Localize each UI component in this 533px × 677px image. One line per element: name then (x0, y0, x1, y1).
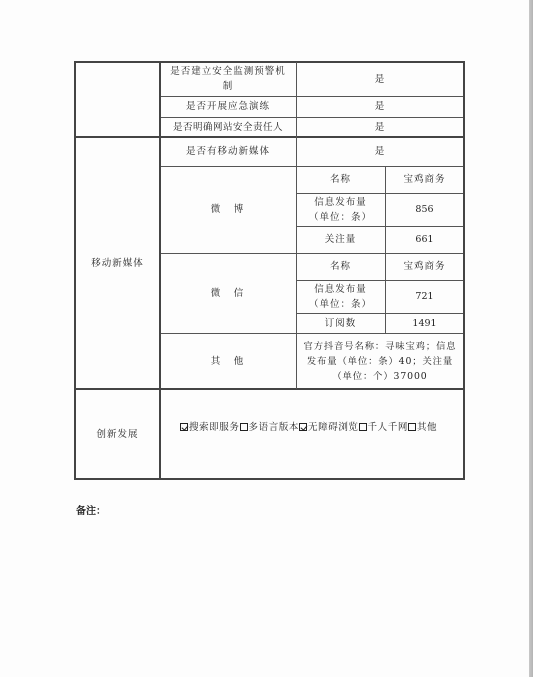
divider (296, 313, 464, 314)
checkbox-other[interactable] (408, 423, 416, 431)
checkbox-accessibility[interactable] (299, 423, 307, 431)
divider (160, 96, 464, 97)
divider (160, 166, 464, 167)
emergency-drill-label: 是否开展应急演练 (160, 96, 296, 117)
innovation-section-label: 创新发展 (75, 389, 160, 479)
option-other-label: 其他 (417, 420, 437, 435)
security-monitoring-value: 是 (296, 62, 464, 96)
option-multilingual-label: 多语言版本 (249, 420, 300, 435)
divider (296, 280, 464, 281)
security-monitoring-label: 是否建立安全监测预警机制 (160, 62, 296, 96)
table-border-bottom (75, 478, 465, 480)
wechat-subscribers-value: 1491 (385, 313, 464, 333)
weibo-name-value: 宝鸡商务 (385, 166, 464, 193)
checkbox-personalized[interactable] (359, 423, 367, 431)
column-divider (296, 62, 297, 389)
column-divider (385, 166, 386, 333)
wechat-name-value: 宝鸡商务 (385, 253, 464, 280)
weibo-followers-value: 661 (385, 226, 464, 253)
weibo-posts-value: 856 (385, 193, 464, 226)
divider (296, 193, 464, 194)
has-mobile-media-value: 是 (296, 137, 464, 166)
other-media-label: 其 他 (160, 333, 296, 389)
remarks-label: 备注： (76, 502, 106, 517)
wechat-label: 微 信 (160, 253, 296, 333)
divider (296, 226, 464, 227)
mobile-media-section-label: 移动新媒体 (75, 137, 160, 389)
innovation-options: 搜索即服务 多语言版本 无障碍浏览 千人千网 其他 (160, 389, 464, 479)
checkbox-search-service[interactable] (180, 423, 188, 431)
column-divider (159, 61, 161, 480)
wechat-posts-value: 721 (385, 280, 464, 313)
divider (75, 388, 465, 390)
wechat-posts-label: 信息发布量（单位：条） (296, 280, 385, 313)
divider (160, 333, 464, 334)
divider (160, 117, 464, 118)
weibo-label: 微 博 (160, 166, 296, 253)
other-media-text: 官方抖音号名称：寻味宝鸡；信息发布量（单位：条）40；关注量（单位：个）3700… (296, 333, 464, 389)
wechat-name-label: 名称 (296, 253, 385, 280)
checkbox-multilingual[interactable] (240, 423, 248, 431)
table-border-left (74, 61, 76, 480)
emergency-drill-value: 是 (296, 96, 464, 117)
weibo-followers-label: 关注量 (296, 226, 385, 253)
wechat-subscribers-label: 订阅数 (296, 313, 385, 333)
option-personalized-label: 千人千网 (368, 420, 408, 435)
option-search-service-label: 搜索即服务 (189, 420, 240, 435)
divider (160, 253, 464, 254)
table-border-top (75, 61, 465, 63)
weibo-posts-label: 信息发布量（单位：条） (296, 193, 385, 226)
has-mobile-media-label: 是否有移动新媒体 (160, 137, 296, 166)
innovation-options-list: 搜索即服务 多语言版本 无障碍浏览 千人千网 其他 (180, 420, 437, 435)
table-border-right (463, 61, 465, 480)
option-accessibility-label: 无障碍浏览 (308, 420, 359, 435)
security-officer-value: 是 (296, 117, 464, 137)
page-edge (529, 0, 533, 677)
divider (75, 136, 465, 138)
weibo-name-label: 名称 (296, 166, 385, 193)
security-officer-label: 是否明确网站安全责任人 (160, 117, 296, 137)
